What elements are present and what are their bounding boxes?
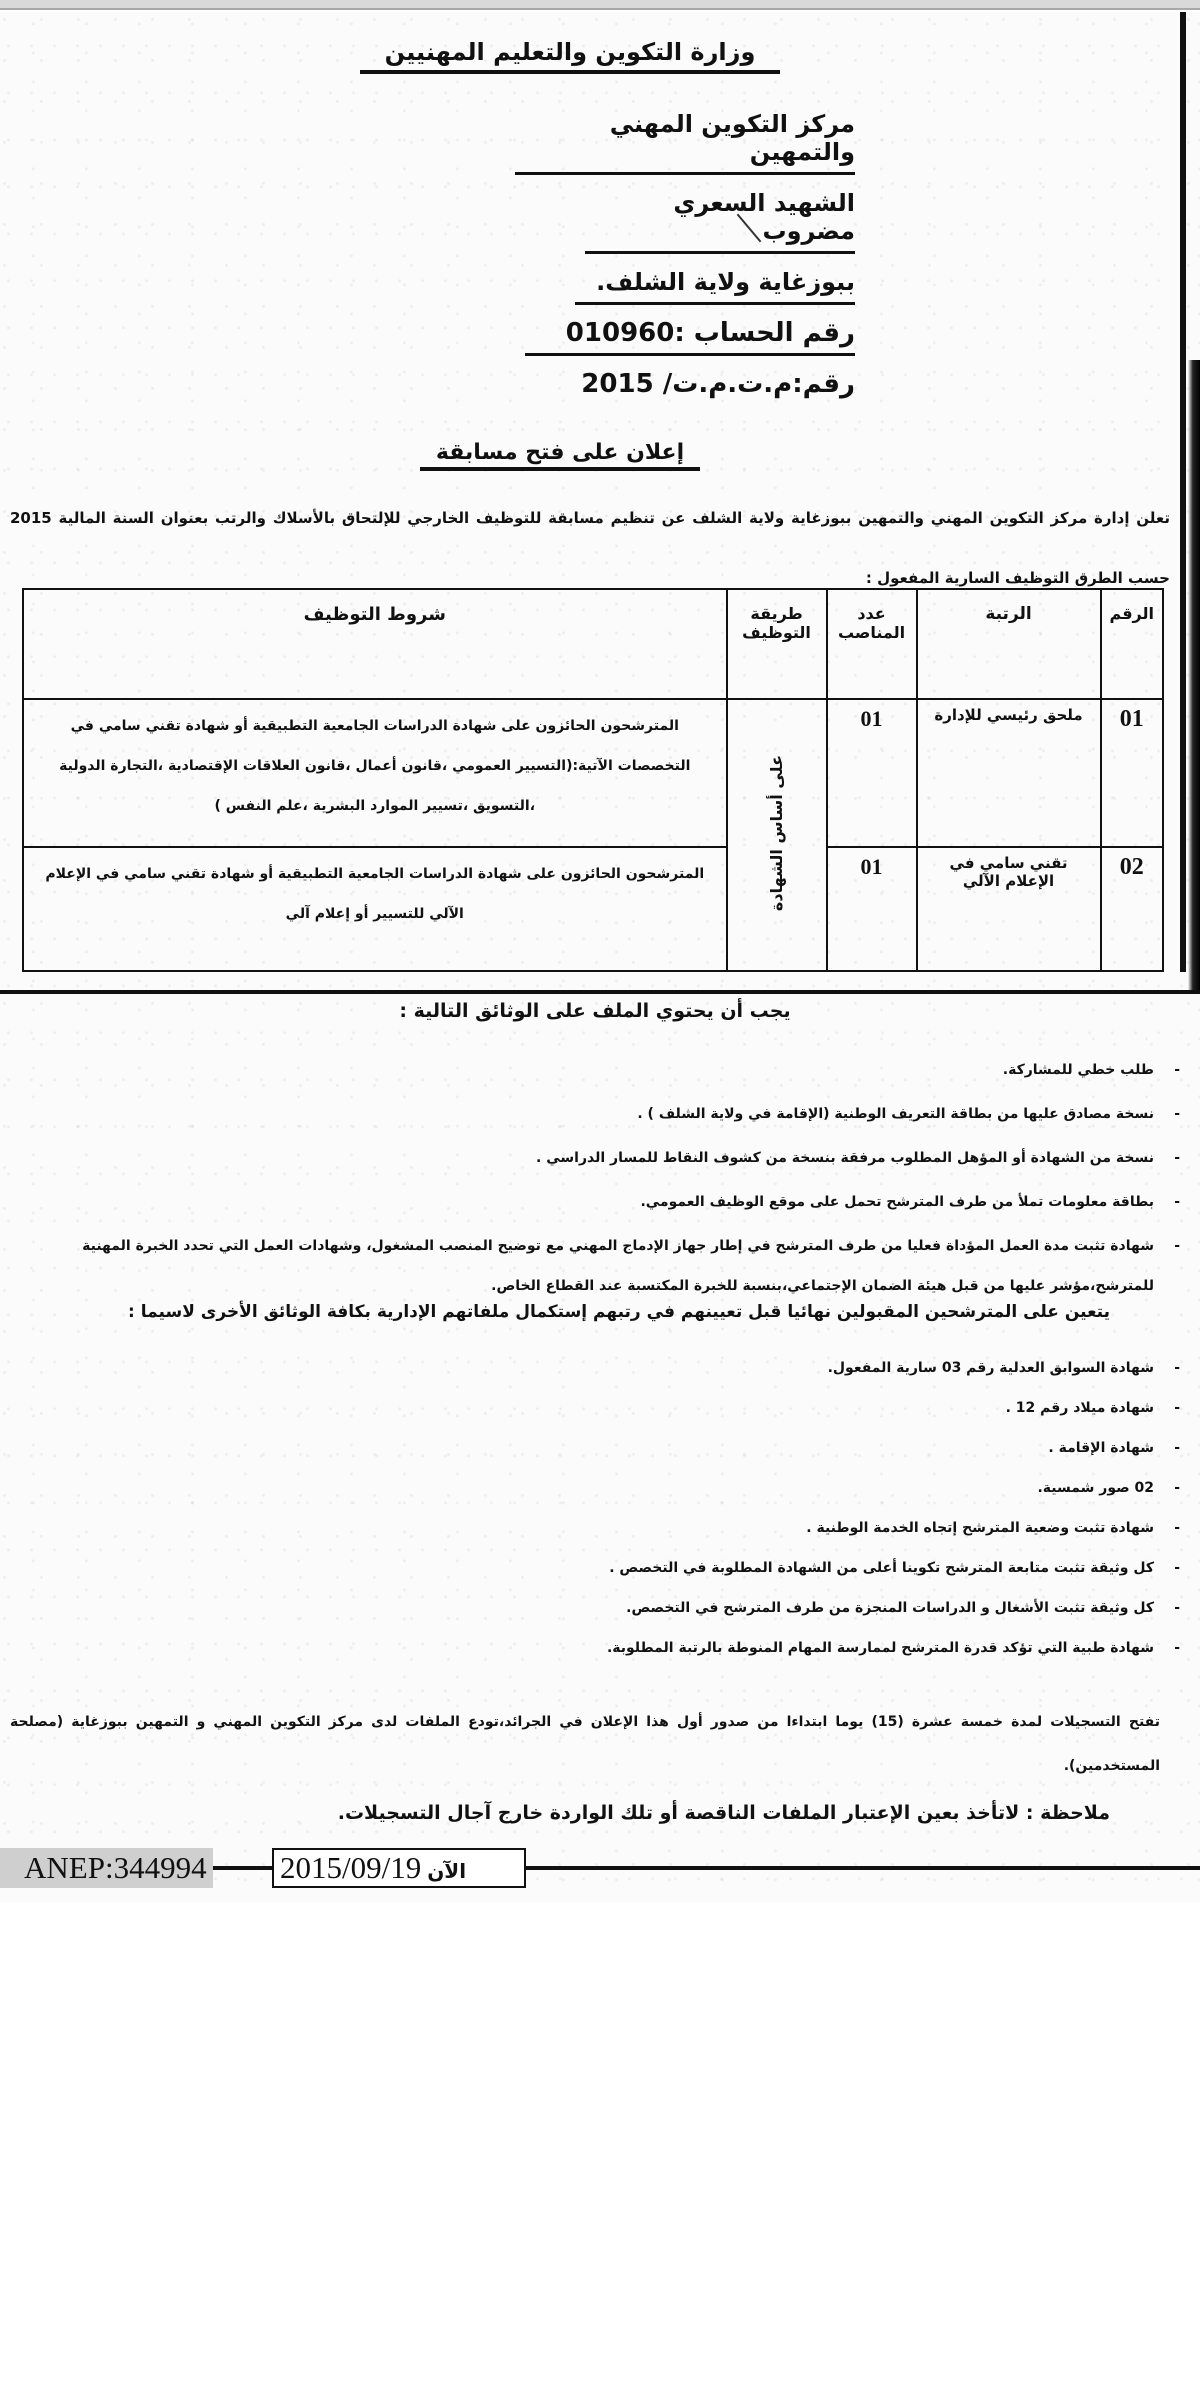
bullet-icon: - <box>1174 1094 1180 1134</box>
list-item: -طلب خطي للمشاركة. <box>10 1050 1190 1090</box>
list-item: -شهادة طبية التي تؤكد قدرة المترشح لممار… <box>10 1628 1190 1668</box>
list-item: -كل وثيقة تثبت متابعة المترشح تكوينا أعل… <box>10 1548 1190 1588</box>
header-conditions: شروط التوظيف <box>23 589 727 699</box>
announcement-title: إعلان على فتح مسابقة <box>420 440 700 471</box>
reference-number: رقم:م.ت.م.ت/ 2015 <box>525 370 855 404</box>
list-item: -02 صور شمسية. <box>10 1468 1190 1508</box>
required-documents-list: -طلب خطي للمشاركة. -نسخة مصادق عليها من … <box>10 1050 1190 1310</box>
required-documents-title: يجب أن يحتوي الملف على الوثائق التالية : <box>380 1000 810 1022</box>
table-header-row: الرقم الرتبة عدد المناصب طريقة التوظيف ش… <box>23 589 1163 699</box>
list-item: -شهادة تثبت وضعية المترشح إتجاه الخدمة ا… <box>10 1508 1190 1548</box>
row-number: 01 <box>1101 699 1163 847</box>
registration-period: تفتح التسجيلات لمدة خمسة عشرة (15) يوما … <box>10 1700 1160 1788</box>
newspaper-name: الآن <box>427 1859 466 1883</box>
list-item: -نسخة مصادق عليها من بطاقة التعريف الوطن… <box>10 1094 1190 1134</box>
publication-date-box: 2015/09/19الآن <box>272 1848 526 1888</box>
bullet-icon: - <box>1174 1388 1180 1428</box>
row-conditions: المترشحون الحائزون على شهادة الدراسات ال… <box>23 847 727 971</box>
row-method: على أساس الشهادة <box>727 699 827 971</box>
bullet-icon: - <box>1174 1226 1180 1266</box>
center-location: ببوزغاية ولاية الشلف. <box>575 268 855 305</box>
row-rank: تقني سامي في الإعلام الآلي <box>917 847 1101 971</box>
list-item: -نسخة من الشهادة أو المؤهل المطلوب مرفقة… <box>10 1138 1190 1178</box>
bullet-icon: - <box>1174 1508 1180 1548</box>
list-item: -كل وثيقة تثبت الأشغال و الدراسات المنجز… <box>10 1588 1190 1628</box>
section-divider <box>0 990 1200 994</box>
table-row: 01 ملحق رئيسي للإدارة 01 على أساس الشهاد… <box>23 699 1163 847</box>
row-positions: 01 <box>827 699 917 847</box>
viewer-top-bar <box>0 0 1200 10</box>
note: ملاحظة : لاتأخذ بعين الإعتبار الملفات ال… <box>90 1802 1110 1824</box>
method-text: على أساس الشهادة <box>767 755 786 911</box>
center-martyr-name: الشهيد السعري مضروب <box>585 189 855 254</box>
page-right-border <box>1180 12 1186 972</box>
list-item: -شهادة تثبت مدة العمل المؤداة فعليا من ط… <box>10 1226 1190 1306</box>
publication-footer: ANEP:344994 2015/09/19الآن <box>0 1848 1200 1892</box>
row-number: 02 <box>1101 847 1163 971</box>
row-conditions: المترشحون الحائزون على شهادة الدراسات ال… <box>23 699 727 847</box>
account-number: رقم الحساب :010960 <box>525 319 855 356</box>
final-documents-title: يتعين على المترشحين المقبولين نهائيا قبل… <box>90 1302 1110 1322</box>
header-number: الرقم <box>1101 589 1163 699</box>
publication-date: 2015/09/19 <box>280 1850 421 1885</box>
anep-code: ANEP:344994 <box>0 1848 213 1888</box>
bullet-icon: - <box>1174 1628 1180 1668</box>
list-item: -شهادة ميلاد رقم 12 . <box>10 1388 1190 1428</box>
ministry-title: وزارة التكوين والتعليم المهنيين <box>360 38 780 74</box>
scan-edge-shadow <box>1188 360 1200 990</box>
list-item: -بطاقة معلومات تملأ من طرف المترشح تحمل … <box>10 1182 1190 1222</box>
header-positions: عدد المناصب <box>827 589 917 699</box>
bullet-icon: - <box>1174 1050 1180 1090</box>
row-rank: ملحق رئيسي للإدارة <box>917 699 1101 847</box>
bullet-icon: - <box>1174 1468 1180 1508</box>
institution-header: مركز التكوين المهني والتمهين الشهيد السع… <box>415 110 855 418</box>
final-documents-list: -شهادة السوابق العدلية رقم 03 سارية المف… <box>10 1348 1190 1668</box>
jobs-table: الرقم الرتبة عدد المناصب طريقة التوظيف ش… <box>22 588 1164 972</box>
bullet-icon: - <box>1174 1182 1180 1222</box>
header-method: طريقة التوظيف <box>727 589 827 699</box>
table-row: 02 تقني سامي في الإعلام الآلي 01 المترشح… <box>23 847 1163 971</box>
center-name: مركز التكوين المهني والتمهين <box>515 110 855 175</box>
list-item: -شهادة الإقامة . <box>10 1428 1190 1468</box>
row-positions: 01 <box>827 847 917 971</box>
bullet-icon: - <box>1174 1428 1180 1468</box>
bullet-icon: - <box>1174 1138 1180 1178</box>
bullet-icon: - <box>1174 1348 1180 1388</box>
header-rank: الرتبة <box>917 589 1101 699</box>
list-item: -شهادة السوابق العدلية رقم 03 سارية المف… <box>10 1348 1190 1388</box>
bullet-icon: - <box>1174 1548 1180 1588</box>
bullet-icon: - <box>1174 1588 1180 1628</box>
